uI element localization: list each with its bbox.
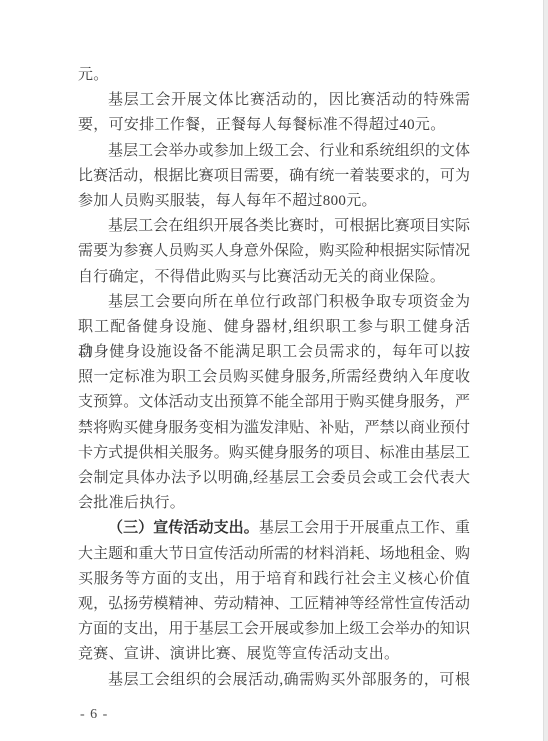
text-line: 方面的支出，用于基层工会开展或参加上级工会举办的知识 (78, 617, 470, 642)
page-number: - 6 - (80, 705, 108, 725)
text-line: 会制定具体办法予以明确,经基层工会委员会或工会代表大 (78, 466, 470, 491)
text-line: 买服务等方面的支出，用于培育和践行社会主义核心价值 (78, 567, 470, 592)
text-line: 照一定标准为职工会员购买健身服务,所需经费纳入年度收 (78, 365, 470, 390)
text-line: 参加人员购买服装，每人每年不超过800元。 (78, 189, 470, 214)
text-line: 自行确定，不得借此购买与比赛活动无关的商业保险。 (78, 265, 470, 290)
text-segment: 会制定具体办法予以明确,经基层工会委员会或工会代表大 (78, 470, 470, 486)
text-segment: 元。 (78, 67, 109, 83)
text-segment: 禁将购买健身服务变相为滥发津贴、补贴，严禁以商业预付 (78, 420, 470, 436)
text-segment: 基层工会要向所在单位行政部门积极争取专项资金为 (108, 294, 470, 310)
text-line: 基层工会组织的会展活动,确需购买外部服务的，可根 (78, 668, 470, 693)
text-segment: 竞赛、宣讲、演讲比赛、展览等宣传活动支出。 (78, 646, 399, 662)
text-segment: 自身健身设施设备不能满足职工会员需求的，每年可以按 (78, 344, 470, 360)
document-body: 元。基层工会开展文体比赛活动的，因比赛活动的特殊需要，可安排工作餐，正餐每人每餐… (78, 63, 470, 693)
text-segment: 参加人员购买服装，每人每年不超过800元。 (78, 193, 377, 209)
text-segment: 基层工会用于开展重点工作、重 (259, 520, 470, 536)
text-segment: 基层工会在组织开展各类比赛时，可根据比赛项目实际 (108, 218, 470, 234)
text-line: 观，弘扬劳模精神、劳动精神、工匠精神等经常性宣传活动 (78, 592, 470, 617)
text-line: 卡方式提供相关服务。购买健身服务的项目、标准由基层工 (78, 441, 470, 466)
text-segment: 照一定标准为职工会员购买健身服务,所需经费纳入年度收 (78, 369, 470, 385)
text-line: 职工配备健身设施、健身器材,组织职工参与职工健身活动。 (78, 315, 470, 340)
scan-edge-strip (543, 0, 548, 741)
text-line: 需要为参赛人员购买人身意外保险，购买险种根据实际情况 (78, 239, 470, 264)
text-line: （三）宣传活动支出。基层工会用于开展重点工作、重 (78, 516, 470, 541)
text-line: 要，可安排工作餐，正餐每人每餐标准不得超过40元。 (78, 113, 470, 138)
text-segment: 比赛活动，根据比赛项目需要，确有统一着装要求的，可为 (78, 168, 470, 184)
text-line: 会批准后执行。 (78, 491, 470, 516)
text-segment: 观，弘扬劳模精神、劳动精神、工匠精神等经常性宣传活动 (78, 596, 470, 612)
text-line: 大主题和重大节日宣传活动所需的材料消耗、场地租金、购 (78, 542, 470, 567)
text-segment: 买服务等方面的支出，用于培育和践行社会主义核心价值 (78, 571, 470, 587)
text-segment: 要，可安排工作餐，正餐每人每餐标准不得超过40元。 (78, 117, 446, 133)
text-line: 自身健身设施设备不能满足职工会员需求的，每年可以按 (78, 340, 470, 365)
text-line: 竞赛、宣讲、演讲比赛、展览等宣传活动支出。 (78, 642, 470, 667)
text-line: 禁将购买健身服务变相为滥发津贴、补贴，严禁以商业预付 (78, 416, 470, 441)
text-segment: 会批准后执行。 (78, 495, 185, 511)
section-heading-segment: （三）宣传活动支出。 (108, 520, 259, 536)
text-line: 元。 (78, 63, 470, 88)
text-line: 基层工会在组织开展各类比赛时，可根据比赛项目实际 (78, 214, 470, 239)
text-segment: 自行确定，不得借此购买与比赛活动无关的商业保险。 (78, 269, 445, 285)
text-segment: 基层工会组织的会展活动,确需购买外部服务的，可根 (108, 672, 470, 688)
text-line: 基层工会开展文体比赛活动的，因比赛活动的特殊需 (78, 88, 470, 113)
text-line: 支预算。文体活动支出预算不能全部用于购买健身服务，严 (78, 390, 470, 415)
text-segment: 支预算。文体活动支出预算不能全部用于购买健身服务，严 (78, 394, 470, 410)
text-line: 基层工会要向所在单位行政部门积极争取专项资金为 (78, 290, 470, 315)
text-segment: 大主题和重大节日宣传活动所需的材料消耗、场地租金、购 (78, 546, 470, 562)
text-segment: 需要为参赛人员购买人身意外保险，购买险种根据实际情况 (78, 243, 470, 259)
document-page: 元。基层工会开展文体比赛活动的，因比赛活动的特殊需要，可安排工作餐，正餐每人每餐… (0, 0, 548, 741)
text-line: 比赛活动，根据比赛项目需要，确有统一着装要求的，可为 (78, 164, 470, 189)
text-segment: 卡方式提供相关服务。购买健身服务的项目、标准由基层工 (78, 445, 470, 461)
text-line: 基层工会举办或参加上级工会、行业和系统组织的文体 (78, 139, 470, 164)
text-segment: 基层工会举办或参加上级工会、行业和系统组织的文体 (108, 143, 470, 159)
text-segment: 方面的支出，用于基层工会开展或参加上级工会举办的知识 (78, 621, 470, 637)
text-segment: 基层工会开展文体比赛活动的，因比赛活动的特殊需 (108, 92, 470, 108)
